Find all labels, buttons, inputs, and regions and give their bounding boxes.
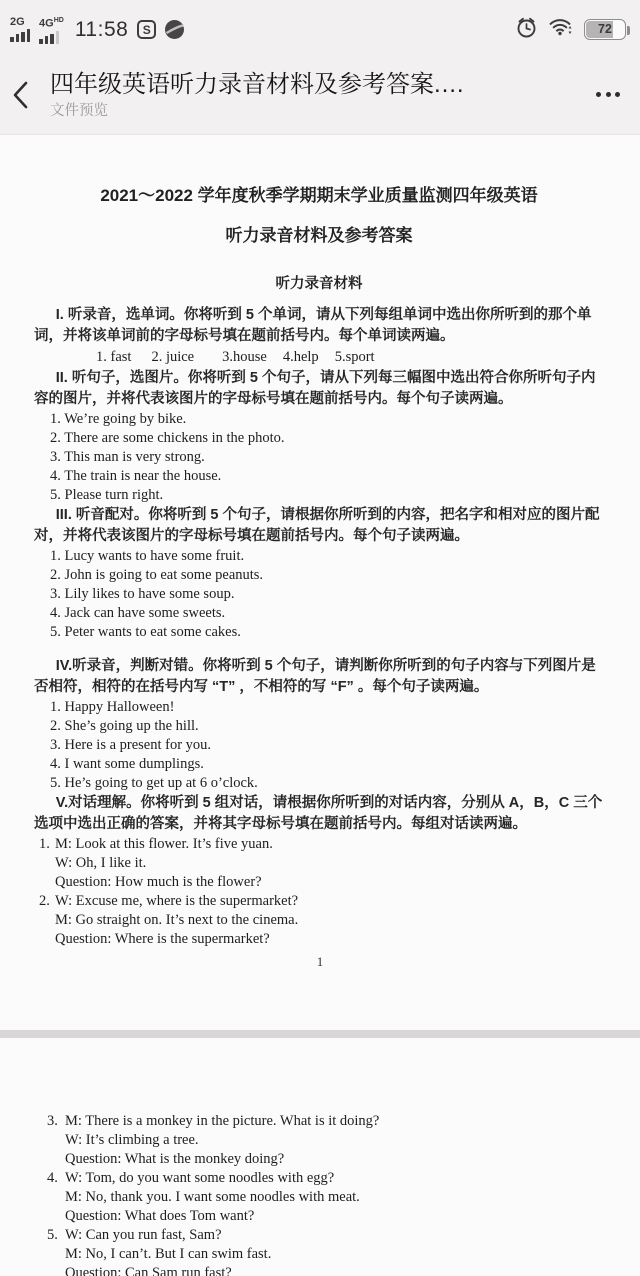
sentence-item: 3. Lily likes to have some soup.	[50, 585, 604, 604]
section-heading: 听力录音材料	[34, 273, 604, 295]
word-option: 4.help	[283, 347, 319, 368]
sentence-item: 4. Jack can have some sweets.	[50, 604, 604, 623]
sentence-item: 3. Here is a present for you.	[50, 736, 604, 755]
dialog-line: M: There is a monkey in the picture. Wha…	[65, 1112, 379, 1131]
section4-instructions: IV.听录音，判断对错。你将听到 5 个句子，请判断你所听到的句子内容与下列图片…	[34, 656, 604, 698]
sentence-item: 5. Peter wants to eat some cakes.	[50, 623, 604, 642]
dialog-2: 2.W: Excuse me, where is the supermarket…	[34, 892, 604, 949]
section1-word-options: 1. fast 2. juice 3.house 4.help 5.sport	[96, 347, 604, 368]
signal-4g-bars	[39, 31, 61, 44]
section3-sentences: 1. Lucy wants to have some fruit. 2. Joh…	[50, 547, 604, 642]
dialog-line: M: Go straight on. It’s next to the cine…	[55, 911, 298, 930]
dialog-number: 1.	[39, 835, 55, 854]
sentence-item: 5. He’s going to get up at 6 o’clock.	[50, 774, 604, 793]
dialog-question: Question: What is the monkey doing?	[65, 1150, 284, 1169]
section5-instructions: V.对话理解。你将听到 5 组对话，请根据你所听到的对话内容，分别从 A，B，C…	[34, 793, 604, 835]
dialog-number: 4.	[47, 1169, 65, 1188]
dialog-number: 3.	[47, 1112, 65, 1131]
status-right-cluster: 72	[515, 16, 626, 44]
sentence-item: 1. Lucy wants to have some fruit.	[50, 547, 604, 566]
sentence-item: 4. I want some dumplings.	[50, 755, 604, 774]
browser-globe-icon	[164, 19, 185, 40]
sentence-item: 3. This man is very strong.	[50, 448, 604, 467]
dialog-5: 5.W: Can you run fast, Sam? M: No, I can…	[34, 1226, 604, 1276]
back-chevron-icon	[12, 80, 29, 110]
s-app-badge-icon: S	[137, 20, 156, 39]
dialog-line: W: It’s climbing a tree.	[65, 1131, 199, 1150]
section2-instructions: II. 听句子，选图片。你将听到 5 个句子，请从下列每三幅图中选出符合你所听句…	[34, 368, 604, 410]
word-option: 3.house	[222, 347, 267, 368]
battery-icon: 72	[584, 19, 626, 40]
status-left-cluster: 2G 4GHD 11:58 S	[10, 15, 185, 44]
sentence-item: 5. Please turn right.	[50, 486, 604, 505]
hd-badge: HD	[54, 17, 64, 24]
phone-screen: 2G 4GHD 11:58 S	[0, 0, 640, 1276]
file-title: 四年级英语听力录音材料及参考答案.…	[50, 70, 576, 100]
word-option: 2. juice	[151, 347, 194, 368]
dialog-4: 4.W: Tom, do you want some noodles with …	[34, 1169, 604, 1226]
sentence-item: 4. The train is near the house.	[50, 467, 604, 486]
signal-2g-bars	[10, 29, 32, 42]
back-button[interactable]	[12, 73, 46, 117]
more-dots-icon	[596, 92, 601, 97]
file-preview-header: 四年级英语听力录音材料及参考答案.… 文件预览	[0, 55, 640, 135]
more-menu-button[interactable]	[590, 82, 623, 107]
signal-2g-label: 2G	[10, 17, 25, 28]
dialog-line: M: Look at this flower. It’s five yuan.	[55, 835, 273, 854]
document-title-line2: 听力录音材料及参考答案	[34, 223, 604, 249]
document-title-line1: 2021～2022 学年度秋季学期期末学业质量监测四年级英语	[34, 183, 604, 209]
sentence-item: 1. Happy Halloween!	[50, 698, 604, 717]
app-subtitle: 文件预览	[50, 102, 576, 120]
sentence-item: 2. She’s going up the hill.	[50, 717, 604, 736]
word-option: 5.sport	[335, 347, 375, 368]
document-preview-area[interactable]: 2021～2022 学年度秋季学期期末学业质量监测四年级英语 听力录音材料及参考…	[0, 135, 640, 1276]
dialog-line: W: Oh, I like it.	[55, 854, 146, 873]
sentence-item: 2. There are some chickens in the photo.	[50, 429, 604, 448]
wifi-icon	[548, 16, 574, 43]
dialog-number: 2.	[39, 892, 55, 911]
document-page-1: 2021～2022 学年度秋季学期期末学业质量监测四年级英语 听力录音材料及参考…	[0, 135, 640, 1030]
dialog-line: W: Excuse me, where is the supermarket?	[55, 892, 298, 911]
battery-cap	[627, 26, 630, 35]
page-number: 1	[0, 954, 640, 970]
signal-2g-icon: 2G	[10, 17, 32, 42]
dialog-question: Question: Can Sam run fast?	[65, 1264, 232, 1276]
section1-instructions: I. 听录音，选单词。你将听到 5 个单词，请从下列每组单词中选出你所听到的那个…	[34, 305, 604, 347]
page-divider	[0, 1030, 640, 1038]
section4-sentences: 1. Happy Halloween! 2. She’s going up th…	[50, 698, 604, 793]
dialog-question: Question: What does Tom want?	[65, 1207, 254, 1226]
signal-4g-label: 4GHD	[39, 15, 64, 30]
sentence-item: 2. John is going to eat some peanuts.	[50, 566, 604, 585]
status-bar: 2G 4GHD 11:58 S	[0, 0, 640, 55]
header-titles: 四年级英语听力录音材料及参考答案.… 文件预览	[50, 70, 576, 120]
dialog-line: W: Can you run fast, Sam?	[65, 1226, 222, 1245]
dialog-line: W: Tom, do you want some noodles with eg…	[65, 1169, 334, 1188]
section2-sentences: 1. We’re going by bike. 2. There are som…	[50, 410, 604, 505]
document-page-2: 3.M: There is a monkey in the picture. W…	[0, 1038, 640, 1276]
dialog-line: M: No, I can’t. But I can swim fast.	[65, 1245, 271, 1264]
dialog-number: 5.	[47, 1226, 65, 1245]
alarm-clock-icon	[515, 16, 538, 44]
dialog-question: Question: How much is the flower?	[55, 873, 262, 892]
dialog-1: 1.M: Look at this flower. It’s five yuan…	[34, 835, 604, 892]
clock-time: 11:58	[75, 18, 129, 42]
battery-percent: 72	[585, 20, 625, 39]
dialog-3: 3.M: There is a monkey in the picture. W…	[34, 1112, 604, 1169]
dialog-question: Question: Where is the supermarket?	[55, 930, 270, 949]
word-option: 1. fast	[96, 347, 131, 368]
signal-4g-icon: 4GHD	[39, 15, 64, 44]
section3-instructions: III. 听音配对。你将听到 5 个句子，请根据你所听到的内容，把名字和相对应的…	[34, 505, 604, 547]
dialog-line: M: No, thank you. I want some noodles wi…	[65, 1188, 360, 1207]
sentence-item: 1. We’re going by bike.	[50, 410, 604, 429]
